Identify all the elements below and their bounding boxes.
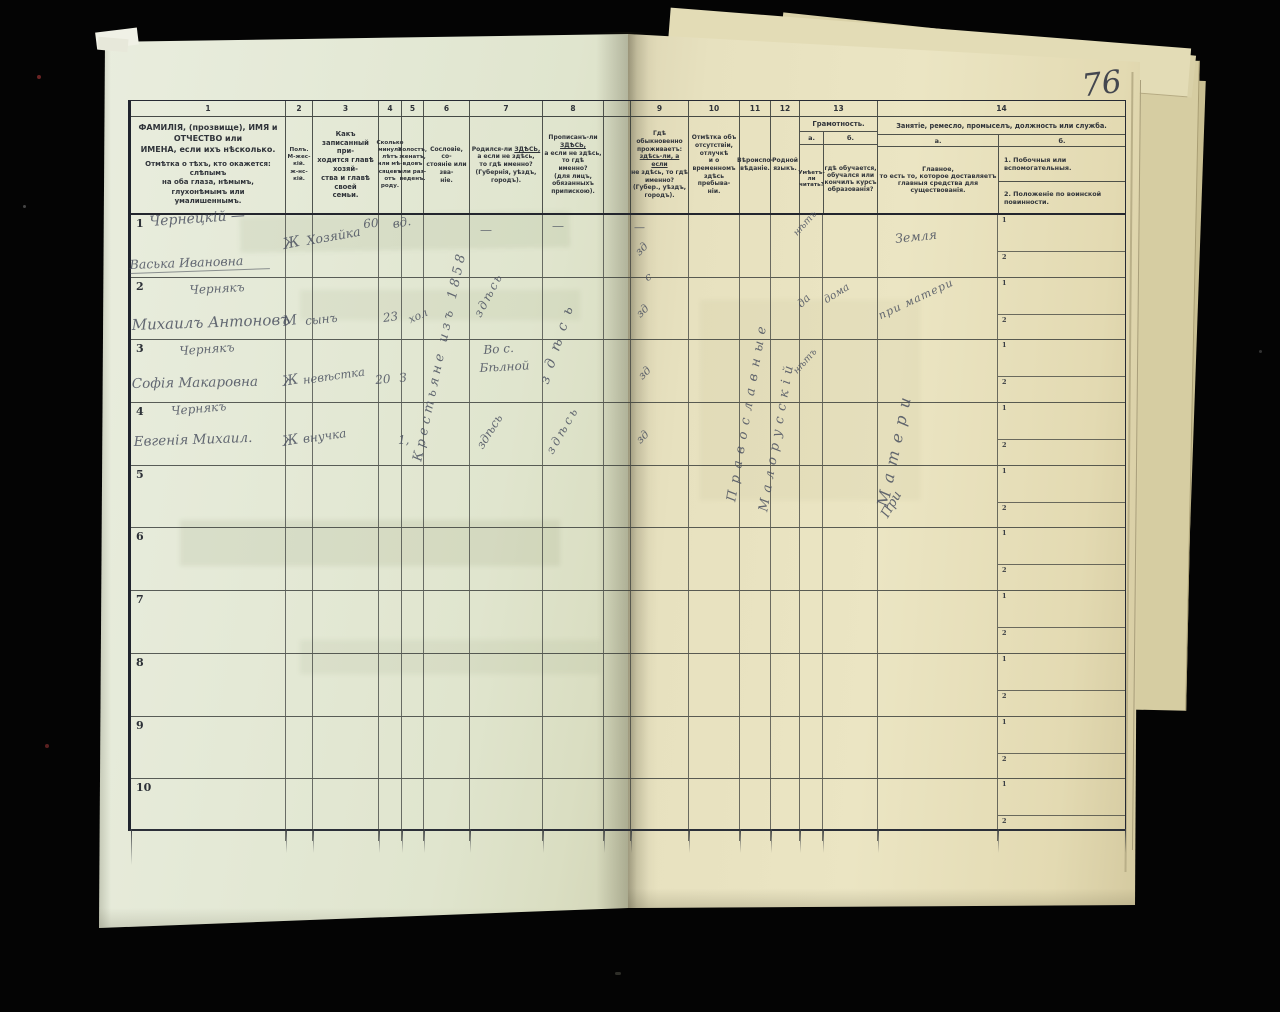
military-cell: 2	[998, 816, 1125, 841]
column-number-row: 1 2 3 4 5 6 7 8 9 10 11 12 13 14	[131, 101, 1125, 117]
table-cell	[740, 278, 771, 340]
table-cell	[823, 654, 878, 716]
table-cell	[878, 654, 998, 716]
table-cell	[543, 340, 604, 402]
table-cell	[286, 654, 313, 716]
sub-row-label: 2	[1002, 441, 1007, 449]
paper-corner	[97, 37, 128, 53]
table-cell	[631, 466, 689, 528]
column-number: 1	[205, 104, 210, 113]
table-cell	[402, 654, 424, 716]
table-cell	[286, 403, 313, 465]
row-number: 4	[136, 405, 144, 418]
row-number: 6	[136, 530, 144, 543]
side-occupation-cell: 1	[998, 403, 1125, 440]
table-cell	[800, 528, 823, 590]
row-number: 8	[136, 656, 144, 669]
table-cell: 12	[998, 466, 1125, 528]
sub-row-label: 2	[1002, 692, 1007, 700]
table-cell	[379, 466, 402, 528]
header-residence: Гдѣ обыкновенно проживаетъ: здѣсь-ли, а …	[631, 117, 689, 213]
table-cell	[470, 215, 543, 277]
sub-row-label: 1	[1002, 467, 1007, 475]
military-cell: 2	[998, 691, 1125, 716]
table-cell	[313, 278, 379, 340]
table-cell	[631, 779, 689, 841]
table-cell: 6	[131, 528, 286, 590]
header-registered-pre: Прописанъ-ли	[548, 134, 597, 141]
header-birthplace-pre: Родился-ли	[472, 146, 515, 153]
side-occupation-cell: 1	[998, 278, 1125, 315]
table-cell	[424, 654, 470, 716]
table-line-stub	[379, 829, 380, 853]
table-cell	[424, 591, 470, 653]
table-cell	[771, 215, 800, 277]
table-cell	[689, 340, 740, 402]
table-cell	[689, 654, 740, 716]
table-cell	[740, 403, 771, 465]
dust-speck	[45, 744, 49, 748]
sub-row-label: 1	[1002, 718, 1007, 726]
table-cell	[689, 528, 740, 590]
table-line-stub	[771, 829, 772, 853]
table-cell	[543, 528, 604, 590]
column-number: 13	[833, 104, 843, 113]
table-cell	[379, 215, 402, 277]
header-name-note: Отмѣтка о тѣхъ, кто окажется: слѣпымъ на…	[135, 160, 281, 207]
sub-row-label: 1	[1002, 216, 1007, 224]
table-cell	[878, 403, 998, 465]
table-cell	[379, 340, 402, 402]
table-row: 212	[131, 278, 1125, 341]
table-cell	[424, 340, 470, 402]
header-absence: Отмѣтка объ отсутствіи, отлучкѣ и о врем…	[689, 117, 740, 213]
row-number: 7	[136, 593, 144, 606]
row-number: 9	[136, 719, 144, 732]
table-row: 712	[131, 591, 1125, 654]
table-line-stub	[823, 829, 824, 853]
table-row: 1012	[131, 779, 1125, 841]
table-cell	[878, 278, 998, 340]
table-cell	[402, 466, 424, 528]
header-occupation-b: б.	[999, 135, 1125, 146]
table-cell	[313, 591, 379, 653]
table-cell	[470, 591, 543, 653]
side-occupation-cell: 1	[998, 591, 1125, 628]
column-number: 9	[657, 104, 662, 113]
table-cell	[402, 340, 424, 402]
table-cell	[631, 528, 689, 590]
header-residence-top: Гдѣ обыкновенно проживаетъ:	[631, 130, 688, 153]
gutter-cell	[604, 340, 631, 402]
table-line-stub	[689, 829, 690, 853]
gutter-cell	[604, 654, 631, 716]
table-row: 112	[131, 215, 1125, 278]
table-cell	[313, 654, 379, 716]
scanned-census-spread: 76 1 2 3 4 5 6 7 8 9 10 11 12 13 14 ФАМИ…	[0, 0, 1280, 1012]
table-cell	[823, 779, 878, 841]
table-cell	[424, 278, 470, 340]
table-cell: 4	[131, 403, 286, 465]
table-cell	[286, 591, 313, 653]
table-cell	[631, 717, 689, 779]
side-occupation-cell: 1	[998, 717, 1125, 754]
table-cell	[470, 654, 543, 716]
table-cell	[424, 717, 470, 779]
table-line-stub	[286, 829, 287, 853]
table-cell	[631, 654, 689, 716]
table-cell	[379, 717, 402, 779]
table-cell	[740, 779, 771, 841]
table-cell: 12	[998, 278, 1125, 340]
table-cell	[800, 466, 823, 528]
table-cell	[379, 591, 402, 653]
sub-row-label: 2	[1002, 566, 1007, 574]
header-sex: Полъ. М-жес- кій. ж-нс- кій.	[286, 117, 313, 213]
sub-row-label: 2	[1002, 504, 1007, 512]
table-cell	[286, 779, 313, 841]
table-line-stub	[131, 829, 132, 865]
table-cell	[313, 340, 379, 402]
gutter-cell	[604, 466, 631, 528]
header-estate: Сословіе, со- стояніе или зва- ніе.	[424, 117, 470, 213]
header-literacy-school: гдѣ обучается, обучался или кончилъ курс…	[824, 145, 877, 213]
table-cell: 12	[998, 717, 1125, 779]
table-cell	[286, 528, 313, 590]
table-cell	[470, 340, 543, 402]
column-number: 3	[343, 104, 348, 113]
table-line-stub	[313, 829, 314, 853]
table-cell	[740, 340, 771, 402]
table-cell	[823, 278, 878, 340]
header-occupation-title: Занятіе, ремесло, промыселъ, должность и…	[878, 117, 1125, 135]
sub-row-label: 2	[1002, 378, 1007, 386]
table-cell	[379, 654, 402, 716]
table-cell	[313, 717, 379, 779]
table-row: 412	[131, 403, 1125, 466]
table-cell	[878, 779, 998, 841]
table-cell	[823, 591, 878, 653]
table-cell	[823, 340, 878, 402]
dust-speck	[615, 972, 621, 975]
column-number: 12	[780, 104, 790, 113]
table-cell	[313, 403, 379, 465]
table-cell	[800, 654, 823, 716]
table-cell	[771, 278, 800, 340]
row-number: 3	[136, 342, 144, 355]
table-cell: 7	[131, 591, 286, 653]
table-cell	[402, 779, 424, 841]
header-registered-rest: а если не здѣсь, то гдѣ именно? (для лиц…	[543, 150, 603, 196]
table-cell	[800, 215, 823, 277]
military-cell: 2	[998, 377, 1125, 402]
header-row: ФАМИЛІЯ, (прозвище), ИМЯ и ОТЧЕСТВО или …	[131, 117, 1125, 215]
table-cell	[543, 779, 604, 841]
table-cell	[424, 403, 470, 465]
table-cell	[470, 466, 543, 528]
column-number: 6	[444, 104, 449, 113]
header-residence-em: здѣсь-ли, а если	[631, 153, 688, 168]
table-cell	[823, 528, 878, 590]
table-cell: 8	[131, 654, 286, 716]
gutter-column	[604, 101, 631, 116]
table-line-stub	[740, 829, 741, 853]
header-literacy-read: Умѣетъ- ли читать?	[800, 145, 824, 213]
table-row: 512	[131, 466, 1125, 529]
header-occupation-main: Главное, то есть то, которое доставляетъ…	[878, 147, 999, 213]
table-cell: 1	[131, 215, 286, 277]
table-cell	[771, 528, 800, 590]
column-number: 4	[387, 104, 392, 113]
table-cell	[689, 717, 740, 779]
header-literacy-b: б.	[824, 132, 877, 144]
table-cell	[402, 528, 424, 590]
table-cell	[402, 591, 424, 653]
gutter-cell	[604, 215, 631, 277]
table-cell	[771, 403, 800, 465]
sub-row-label: 2	[1002, 755, 1007, 763]
gutter-cell	[604, 278, 631, 340]
table-line-stub	[998, 829, 999, 853]
table-body: 1122123124125126127128129121012	[131, 215, 1125, 841]
table-cell	[286, 466, 313, 528]
sub-row-label: 1	[1002, 279, 1007, 287]
column-number: 7	[503, 104, 508, 113]
sub-row-label: 1	[1002, 780, 1007, 788]
table-cell	[424, 528, 470, 590]
table-row: 912	[131, 717, 1125, 780]
table-line-stub	[543, 829, 544, 853]
census-table: 1 2 3 4 5 6 7 8 9 10 11 12 13 14 ФАМИЛІЯ…	[128, 100, 1126, 831]
table-cell: 12	[998, 591, 1125, 653]
side-occupation-cell: 1	[998, 779, 1125, 816]
side-occupation-cell: 1	[998, 654, 1125, 691]
table-cell	[470, 717, 543, 779]
table-line-stub	[402, 829, 403, 853]
military-cell: 2	[998, 252, 1125, 277]
table-cell: 12	[998, 403, 1125, 465]
table-cell	[740, 591, 771, 653]
table-cell	[543, 403, 604, 465]
table-cell	[771, 466, 800, 528]
table-cell	[823, 717, 878, 779]
table-cell	[470, 278, 543, 340]
header-marital: Холостъ, женатъ, вдовъ или раз- веденъ.	[402, 117, 424, 213]
header-registered: Прописанъ-ли ЗДѢСЬ, а если не здѣсь, то …	[543, 117, 604, 213]
military-cell: 2	[998, 315, 1125, 340]
sub-row-label: 1	[1002, 655, 1007, 663]
table-cell	[313, 466, 379, 528]
table-cell	[286, 340, 313, 402]
column-number: 14	[996, 104, 1006, 113]
table-cell: 5	[131, 466, 286, 528]
table-row: 312	[131, 340, 1125, 403]
table-cell	[689, 403, 740, 465]
table-cell	[631, 591, 689, 653]
sub-row-label: 1	[1002, 404, 1007, 412]
table-cell: 12	[998, 215, 1125, 277]
dust-speck	[37, 75, 41, 79]
side-occupation-cell: 1	[998, 528, 1125, 565]
header-birthplace-em: ЗДѢСЬ,	[514, 146, 540, 153]
table-cell: 12	[998, 340, 1125, 402]
table-cell	[313, 528, 379, 590]
table-cell	[543, 717, 604, 779]
header-literacy-title: Грамотность.	[800, 117, 877, 132]
table-line-stub	[604, 829, 605, 853]
table-cell	[286, 278, 313, 340]
header-birthplace-rest: а если не здѣсь, то гдѣ именно? (Губерні…	[470, 153, 542, 184]
row-number: 2	[136, 280, 144, 293]
table-cell: 3	[131, 340, 286, 402]
sub-row-label: 1	[1002, 592, 1007, 600]
table-cell	[286, 215, 313, 277]
table-cell: 12	[998, 779, 1125, 841]
table-line-stub	[631, 829, 632, 853]
table-cell	[800, 340, 823, 402]
table-cell	[424, 779, 470, 841]
table-cell	[631, 215, 689, 277]
gutter-cell	[604, 528, 631, 590]
header-residence-rest: не здѣсь, то гдѣ именно? (Губер., уѣздъ,…	[631, 169, 688, 200]
military-cell: 2	[998, 754, 1125, 779]
table-row: 812	[131, 654, 1125, 717]
table-cell	[379, 403, 402, 465]
header-relation: Какъ записанный при- ходится главѣ хозяй…	[313, 117, 379, 213]
header-occupation: Занятіе, ремесло, промыселъ, должность и…	[878, 117, 1125, 213]
table-line-stub	[470, 829, 471, 853]
gutter-cell	[604, 591, 631, 653]
sub-row-label: 2	[1002, 817, 1007, 825]
table-line-stub	[878, 829, 879, 853]
table-line-stub	[800, 829, 801, 853]
military-cell: 2	[998, 565, 1125, 590]
table-cell	[800, 717, 823, 779]
sub-row-label: 2	[1002, 316, 1007, 324]
column-number: 2	[296, 104, 301, 113]
table-cell	[379, 779, 402, 841]
table-cell	[800, 403, 823, 465]
table-cell	[424, 466, 470, 528]
side-occupation-cell: 1	[998, 466, 1125, 503]
table-cell	[689, 779, 740, 841]
column-number: 8	[570, 104, 575, 113]
table-cell: 2	[131, 278, 286, 340]
table-cell	[543, 278, 604, 340]
military-cell: 2	[998, 440, 1125, 465]
sub-row-label: 2	[1002, 629, 1007, 637]
table-line-stub	[424, 829, 425, 853]
table-cell	[689, 278, 740, 340]
table-cell	[689, 591, 740, 653]
table-cell	[689, 215, 740, 277]
table-cell	[800, 278, 823, 340]
column-number: 5	[410, 104, 415, 113]
table-cell	[740, 215, 771, 277]
gutter-cell	[604, 717, 631, 779]
table-cell	[379, 528, 402, 590]
table-cell	[740, 717, 771, 779]
header-birthplace: Родился-ли ЗДѢСЬ, а если не здѣсь, то гд…	[470, 117, 543, 213]
table-cell	[402, 215, 424, 277]
row-number: 10	[136, 781, 151, 794]
table-cell	[470, 779, 543, 841]
table-cell	[402, 278, 424, 340]
table-cell	[878, 215, 998, 277]
table-cell: 12	[998, 654, 1125, 716]
table-cell	[800, 779, 823, 841]
table-cell	[543, 654, 604, 716]
sub-row-label: 1	[1002, 341, 1007, 349]
table-cell	[313, 779, 379, 841]
table-cell	[878, 591, 998, 653]
table-cell	[631, 403, 689, 465]
table-row: 612	[131, 528, 1125, 591]
table-cell	[771, 717, 800, 779]
header-name-title: ФАМИЛІЯ, (прозвище), ИМЯ и ОТЧЕСТВО или …	[135, 123, 281, 155]
header-language: Родной языкъ.	[771, 117, 800, 213]
table-cell	[878, 340, 998, 402]
gutter-column	[604, 117, 631, 213]
gutter-cell	[604, 779, 631, 841]
table-cell	[543, 591, 604, 653]
side-occupation-cell: 1	[998, 340, 1125, 377]
table-cell	[823, 215, 878, 277]
table-cell	[823, 403, 878, 465]
table-cell	[470, 403, 543, 465]
table-cell	[631, 340, 689, 402]
table-cell	[379, 278, 402, 340]
table-cell	[689, 466, 740, 528]
table-cell	[543, 215, 604, 277]
header-registered-em: ЗДѢСЬ,	[560, 142, 586, 149]
header-literacy: Грамотность. а. б. Умѣетъ- ли читать? гд…	[800, 117, 878, 213]
military-cell: 2	[998, 628, 1125, 653]
dust-speck	[23, 205, 26, 208]
table-cell	[771, 779, 800, 841]
table-cell	[470, 528, 543, 590]
table-cell	[543, 466, 604, 528]
table-cell	[313, 215, 379, 277]
table-cell	[878, 717, 998, 779]
sub-row-label: 1	[1002, 529, 1007, 537]
header-name: ФАМИЛІЯ, (прозвище), ИМЯ и ОТЧЕСТВО или …	[131, 117, 286, 213]
table-cell	[771, 340, 800, 402]
table-cell	[740, 466, 771, 528]
table-cell	[740, 654, 771, 716]
row-number: 5	[136, 468, 144, 481]
table-cell	[740, 528, 771, 590]
table-cell	[631, 278, 689, 340]
military-cell: 2	[998, 503, 1125, 528]
table-cell	[424, 215, 470, 277]
sub-row-label: 2	[1002, 253, 1007, 261]
row-number: 1	[136, 217, 144, 230]
header-literacy-a: а.	[800, 132, 824, 144]
table-cell: 10	[131, 779, 286, 841]
table-cell	[878, 528, 998, 590]
table-cell: 9	[131, 717, 286, 779]
header-religion: Вѣроиспо- вѣданіе.	[740, 117, 771, 213]
table-cell	[402, 717, 424, 779]
table-cell	[800, 591, 823, 653]
side-occupation-cell: 1	[998, 215, 1125, 252]
table-cell	[823, 466, 878, 528]
gutter-cell	[604, 403, 631, 465]
table-cell	[771, 591, 800, 653]
column-number: 10	[709, 104, 719, 113]
table-cell	[402, 403, 424, 465]
